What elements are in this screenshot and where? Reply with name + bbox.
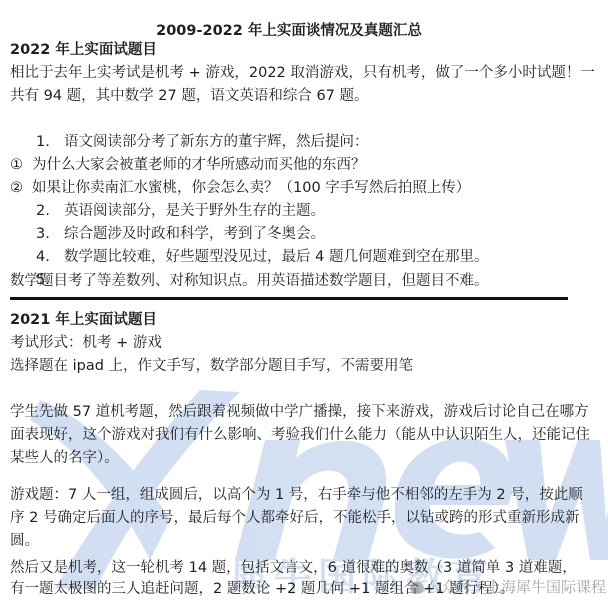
section-heading-2022: 2022 年上实面试题目 — [10, 39, 157, 62]
list-number: 1. — [36, 131, 64, 154]
intro-text-line-2: 共有 94 题，其中数学 27 题，语文英语和综合 67 题。 — [10, 85, 369, 108]
list-item-text: 英语阅读部分，是关于野外生存的主题。 — [64, 203, 325, 219]
watermark-caption-text: 公众号 · 上海犀牛国际课程 — [427, 578, 606, 596]
list-item-4: 4.数学题比较难，好些题型没见过，最后 4 题几何题难到空在那里。 — [36, 246, 488, 269]
circled-number-2: ② — [10, 177, 32, 200]
list-number: 4. — [36, 246, 64, 269]
sub-question-1: ①为什么大家会被董老师的才华所感动而买他的东西？ — [10, 154, 366, 177]
exam-format-text: 考试形式：机考 + 游戏 — [10, 332, 162, 355]
intro-text-line-1: 相比于去年上实考试是机考 + 游戏，2022 取消游戏，只有机考，做了一个多小时… — [10, 62, 595, 85]
paragraph-1-line-2: 面表现好，这个游戏对我们有什么影响、考验我们什么能力（能从中认识陌生人，还能记住 — [10, 424, 590, 447]
list-item-3: 3.综合题涉及时政和科学，考到了冬奥会。 — [36, 223, 325, 246]
list-item-1: 1.语文阅读部分考了新东方的董宇辉，然后提问： — [36, 131, 369, 154]
closing-text: 数学题目考了等差数列、对称知识点。用英语描述数学题目，但题目不难。 — [10, 270, 489, 293]
section-heading-2021: 2021 年上实面试题目 — [10, 309, 157, 332]
wechat-icon — [410, 582, 424, 594]
circled-number-1: ① — [10, 154, 32, 177]
list-item-text: 语文阅读部分考了新东方的董宇辉，然后提问： — [64, 134, 369, 150]
sub-question-2: ②如果让你卖南汇水蜜桃，你会怎么卖？（100 字手写然后拍照上传） — [10, 177, 470, 200]
list-number: 2. — [36, 200, 64, 223]
paragraph-2-line-3: 圆。 — [10, 530, 39, 553]
paragraph-2-line-2: 序 2 号确定后面人的序号，最后每个人都牵好后，不能松手，以钻或跨的形式重新形成… — [10, 507, 579, 530]
list-item-text: 综合题涉及时政和科学，考到了冬奥会。 — [64, 226, 325, 242]
paragraph-1-line-3: 某些人的名字）。 — [10, 447, 119, 470]
document-page: 2009-2022 年上实面谈情况及真题汇总 2022 年上实面试题目 相比于去… — [0, 0, 608, 600]
list-item-2: 2.英语阅读部分，是关于野外生存的主题。 — [36, 200, 325, 223]
section-divider — [10, 297, 568, 300]
paragraph-1-line-1: 学生先做 57 道机考题，然后跟着视频做中学广播操，接下来游戏，游戏后讨论自己在… — [10, 401, 589, 424]
sub-question-text: 如果让你卖南汇水蜜桃，你会怎么卖？（100 字手写然后拍照上传） — [32, 180, 470, 196]
paragraph-2-line-1: 游戏题：7 人一组，组成圆后，以高个为 1 号，右手牵与他不相邻的左手为 2 号… — [10, 484, 583, 507]
exam-details-text: 选择题在 ipad 上，作文手写，数学部分题目手写，不需要用笔 — [10, 355, 413, 378]
list-number: 3. — [36, 223, 64, 246]
list-item-text: 数学题比较难，好些题型没见过，最后 4 题几何题难到空在那里。 — [64, 249, 488, 265]
watermark-caption: 公众号 · 上海犀牛国际课程 — [410, 577, 606, 597]
sub-question-text: 为什么大家会被董老师的才华所感动而买他的东西？ — [32, 157, 366, 173]
